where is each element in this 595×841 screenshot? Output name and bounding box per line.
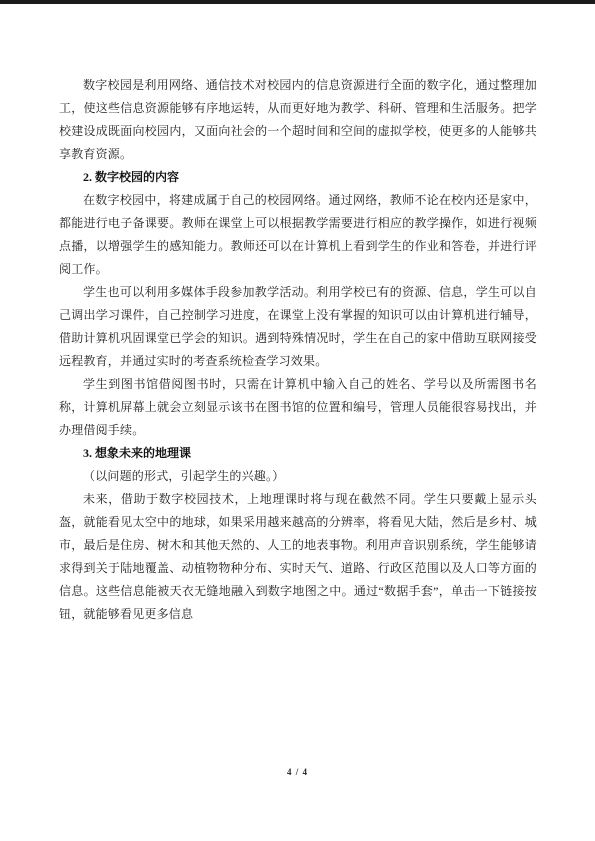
paragraph-library-borrowing: 学生到图书馆借阅图书时，只需在计算机中输入自己的姓名、学号以及所需图书名称，计算… xyxy=(59,373,537,442)
paragraph-future-geography-description: 未来，借助于数字校园技术，上地理课时将与现在截然不同。学生只要戴上显示头盔，就能… xyxy=(59,488,537,626)
section-heading-2-digital-campus-content: 2. 数字校园的内容 xyxy=(59,166,537,189)
paragraph-campus-network-teachers: 在数字校园中，将建成属于自己的校园网络。通过网络，教师不论在校内还是家中，都能进… xyxy=(59,189,537,281)
page-number: 4 / 4 xyxy=(0,767,595,777)
paragraph-digital-campus-intro: 数字校园是利用网络、通信技术对校园内的信息资源进行全面的数字化，通过整理加工，使… xyxy=(59,74,537,166)
page-top-border xyxy=(0,0,595,4)
document-page: 数字校园是利用网络、通信技术对校园内的信息资源进行全面的数字化，通过整理加工，使… xyxy=(0,0,595,841)
section-heading-3-future-geography-class: 3. 想象未来的地理课 xyxy=(59,442,537,465)
paragraph-students-multimedia: 学生也可以利用多媒体手段参加教学活动。利用学校已有的资源、信息，学生可以自己调出… xyxy=(59,281,537,373)
document-body: 数字校园是利用网络、通信技术对校园内的信息资源进行全面的数字化，通过整理加工，使… xyxy=(59,74,537,626)
paragraph-question-form-note: （以问题的形式，引起学生的兴趣。） xyxy=(59,465,537,488)
